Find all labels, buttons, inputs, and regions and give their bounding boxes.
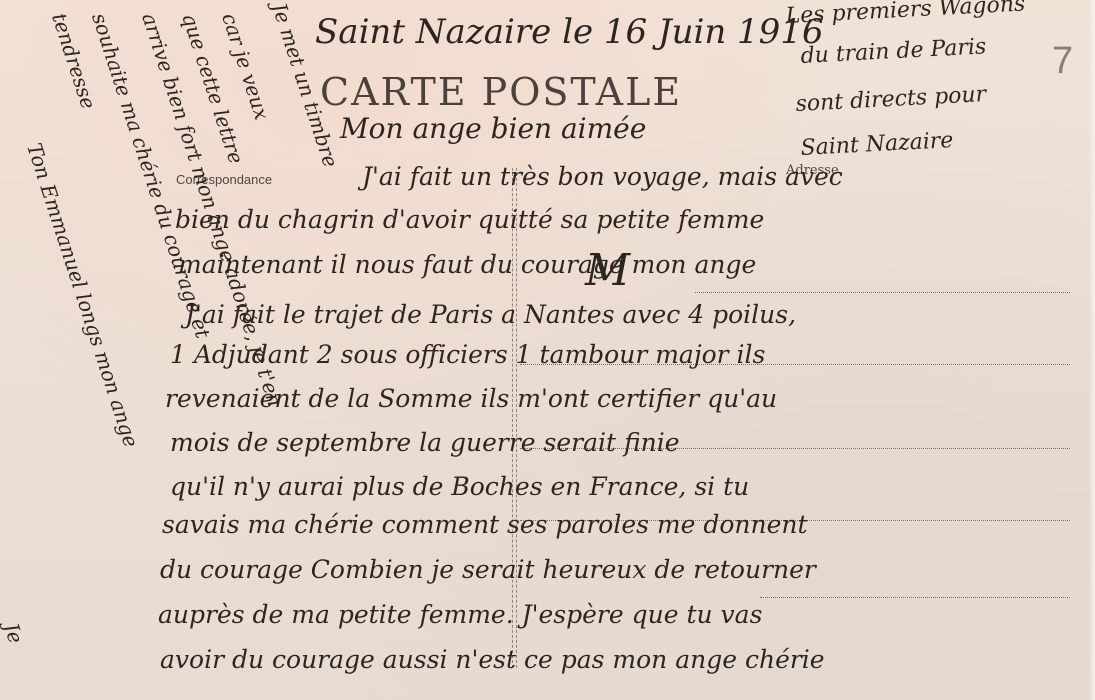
place-date: Saint Nazaire le 16 Juin 1916 — [315, 12, 824, 52]
body-line-12: avoir du courage aussi n'est ce pas mon … — [160, 645, 825, 674]
signature-initial: M — [585, 245, 630, 296]
left-margin-col-7: Ton Emmanuel longs mon ange — [22, 140, 143, 450]
address-line-1 — [695, 292, 1070, 293]
margin-note-line-3: sont directs pour — [795, 82, 987, 117]
printed-title: CARTE POSTALE — [320, 70, 682, 114]
margin-note-line-4: Saint Nazaire — [800, 128, 954, 161]
body-line-1: J'ai fait un très bon voyage, mais avec — [362, 162, 843, 191]
body-line-4: J'ai fait le trajet de Paris a Nantes av… — [185, 300, 796, 329]
body-line-8: qu'il n'y aurai plus de Boches en France… — [170, 472, 749, 501]
postcard: CARTE POSTALE Correspondance Adresse 7 S… — [0, 0, 1095, 700]
greeting: Mon ange bien aimée — [340, 112, 646, 145]
left-margin-col-8: Je — [0, 620, 28, 646]
margin-note-line-1: Les premiers Wagons — [785, 0, 1026, 29]
body-line-9: savais ma chérie comment ses paroles me … — [162, 510, 808, 539]
body-line-10: du courage Combien je serait heureux de … — [160, 555, 816, 584]
address-line-5 — [760, 597, 1070, 598]
body-line-7: mois de septembre la guerre serait finie — [170, 428, 680, 457]
body-line-11: auprès de ma petite femme. J'espère que … — [158, 600, 762, 629]
body-line-2: bien du chagrin d'avoir quitté sa petite… — [175, 205, 764, 234]
body-line-3: maintenant il nous faut du courage mon a… — [178, 250, 756, 279]
archive-number: 7 — [1052, 40, 1073, 83]
card-edge — [1089, 0, 1095, 700]
margin-note-line-2: du train de Paris — [800, 34, 987, 69]
center-divider — [512, 168, 517, 668]
